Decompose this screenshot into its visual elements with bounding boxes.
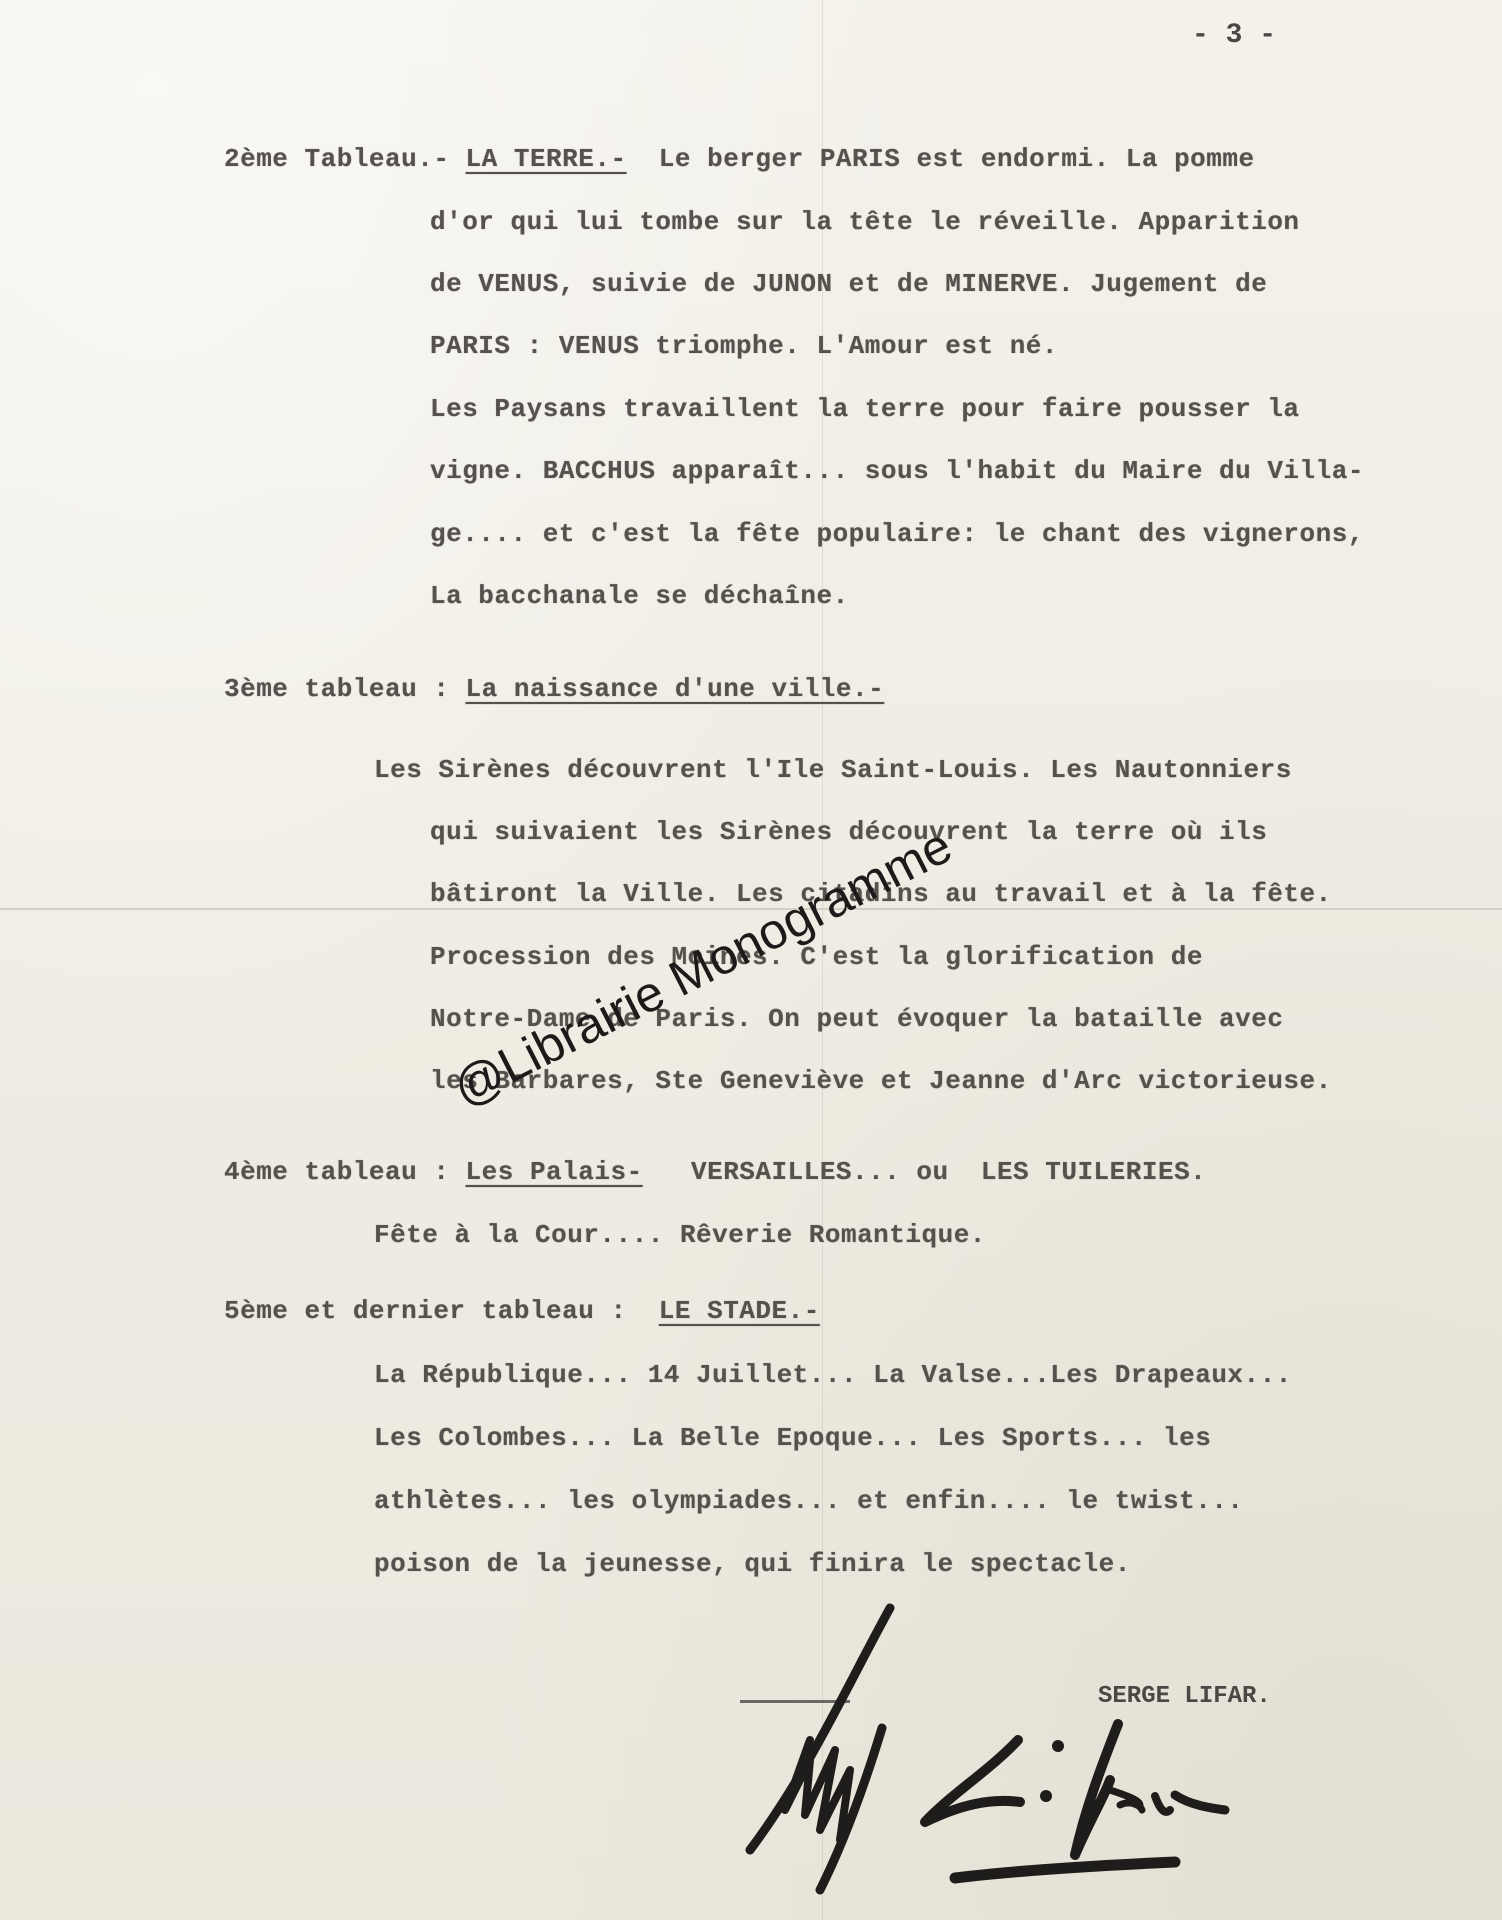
section-2-line: La bacchanale se déchaîne. <box>430 581 849 611</box>
section-2-line: Les Paysans travaillent la terre pour fa… <box>430 394 1300 424</box>
section-3-prefix: 3ème tableau : <box>224 674 466 704</box>
section-5-line: Les Colombes... La Belle Epoque... Les S… <box>374 1423 1211 1453</box>
handwritten-signature <box>700 1600 1502 1920</box>
section-2-line: ge.... et c'est la fête populaire: le ch… <box>430 519 1364 549</box>
section-3-heading: 3ème tableau : La naissance d'une ville.… <box>224 674 884 704</box>
section-3-line: Procession des Moines. C'est la glorific… <box>430 942 1203 972</box>
section-2-title: LA TERRE.- <box>466 144 627 174</box>
section-4-line: Fête à la Cour.... Rêverie Romantique. <box>374 1220 986 1250</box>
section-2-line: d'or qui lui tombe sur la tête le réveil… <box>430 207 1300 237</box>
section-5-line: La République... 14 Juillet... La Valse.… <box>374 1360 1292 1390</box>
section-3-line: les Barbares, Ste Geneviève et Jeanne d'… <box>430 1066 1332 1096</box>
section-5-title: LE STADE.- <box>659 1296 820 1326</box>
section-4-suffix: VERSAILLES... ou LES TUILERIES. <box>643 1157 1207 1187</box>
section-5-heading: 5ème et dernier tableau : LE STADE.- <box>224 1296 820 1326</box>
section-4-heading: 4ème tableau : Les Palais- VERSAILLES...… <box>224 1157 1206 1187</box>
section-2-line: Le berger PARIS est endormi. La pomme <box>659 144 1255 174</box>
section-4-title: Les Palais- <box>466 1157 643 1187</box>
section-2-line: vigne. BACCHUS apparaît... sous l'habit … <box>430 456 1364 486</box>
section-5-prefix: 5ème et dernier tableau : <box>224 1296 659 1326</box>
section-3-line: qui suivaient les Sirènes découvrent la … <box>430 817 1267 847</box>
section-3-title: La naissance d'une ville.- <box>466 674 885 704</box>
section-5-line: poison de la jeunesse, qui finira le spe… <box>374 1549 1131 1579</box>
section-2-line: PARIS : VENUS triomphe. L'Amour est né. <box>430 331 1058 361</box>
section-3-line: Les Sirènes découvrent l'Ile Saint-Louis… <box>374 755 1292 785</box>
section-2-prefix: 2ème Tableau.- <box>224 144 466 174</box>
section-2-line: de VENUS, suivie de JUNON et de MINERVE.… <box>430 269 1267 299</box>
page-number: - 3 - <box>1192 20 1276 51</box>
section-5-line: athlètes... les olympiades... et enfin..… <box>374 1486 1244 1516</box>
section-2-heading: 2ème Tableau.- LA TERRE.- Le berger PARI… <box>224 144 1255 174</box>
section-4-prefix: 4ème tableau : <box>224 1157 466 1187</box>
document-page: - 3 - 2ème Tableau.- LA TERRE.- Le berge… <box>0 0 1502 1920</box>
